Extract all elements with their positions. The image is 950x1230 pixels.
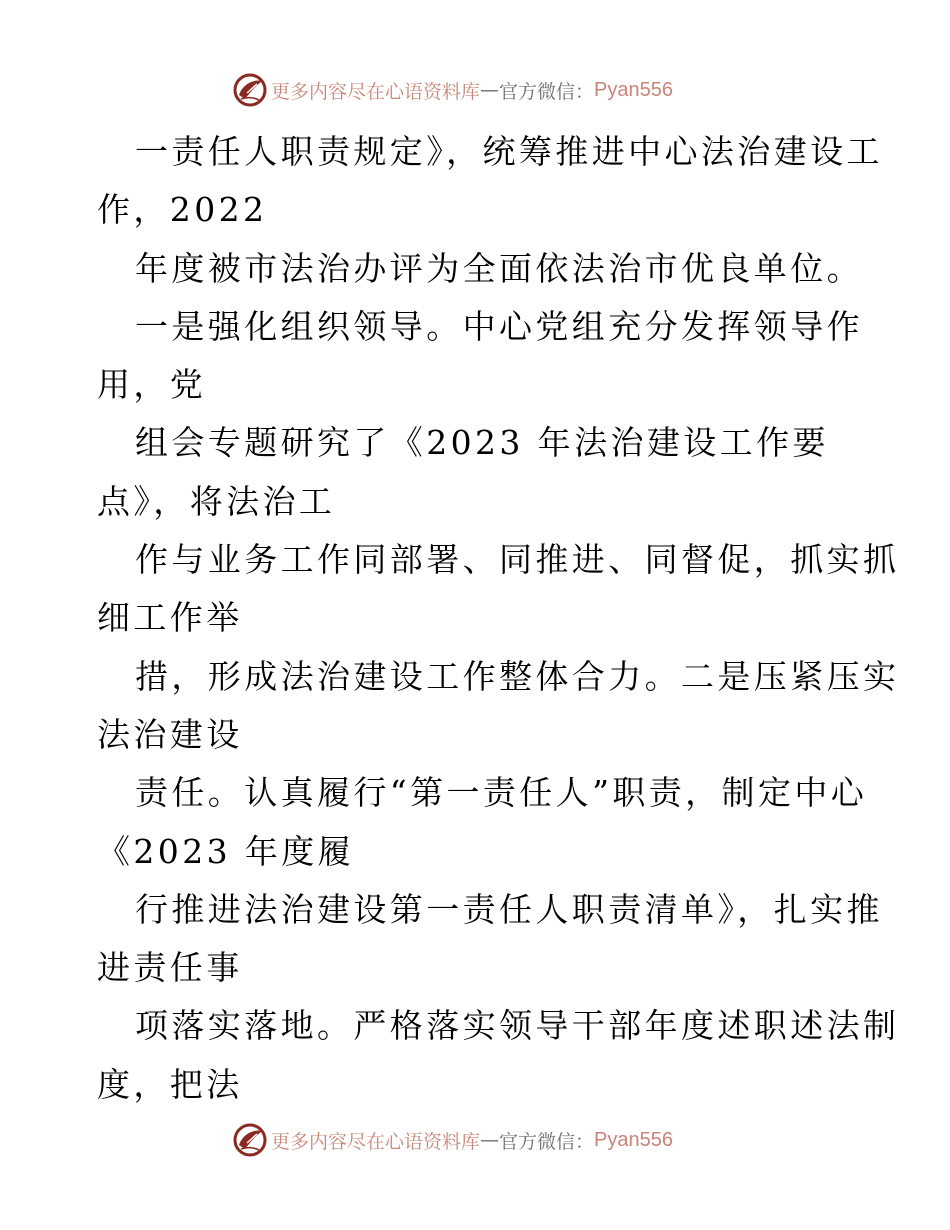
text-line: 作，2022 [97,181,857,239]
footer-watermark: 更多内容尽在心语资料库 — 官方微信： Pyan556 [233,1120,673,1160]
text-line: 作与业务工作同部署、同推进、同督促，抓实抓 [97,531,857,589]
watermark-wechat-label: 官方微信： [499,1127,594,1154]
text-line: 点》，将法治工 [97,473,857,531]
document-body: 一责任人职责规定》，统筹推进中心法治建设工 作，2022 年度被市法治办评为全面… [97,123,857,1114]
watermark-wechat-label: 官方微信： [499,77,594,104]
watermark-wechat-id: Pyan556 [594,1129,673,1152]
text-line: 进责任事 [97,939,857,997]
watermark-site-text: 更多内容尽在心语资料库 [271,77,480,104]
text-line: 细工作举 [97,589,857,647]
watermark-dash: — [480,1129,499,1151]
text-line: 责任。认真履行“第一责任人”职责，制定中心 [97,764,857,822]
watermark-site-text: 更多内容尽在心语资料库 [271,1127,480,1154]
text-line: 年度被市法治办评为全面依法治市优良单位。 [97,240,857,298]
text-line: 措，形成法治建设工作整体合力。二是压紧压实 [97,648,857,706]
text-line: 一是强化组织领导。中心党组充分发挥领导作 [97,298,857,356]
header-watermark: 更多内容尽在心语资料库 — 官方微信： Pyan556 [233,70,673,110]
text-line: 度，把法 [97,1056,857,1114]
quill-pen-logo-icon [233,73,267,107]
text-line: 项落实落地。严格落实领导干部年度述职述法制 [97,997,857,1055]
text-line: 法治建设 [97,706,857,764]
watermark-wechat-id: Pyan556 [594,79,673,102]
watermark-dash: — [480,79,499,101]
text-line: 行推进法治建设第一责任人职责清单》，扎实推 [97,881,857,939]
text-line: 一责任人职责规定》，统筹推进中心法治建设工 [97,123,857,181]
text-line: 用，党 [97,356,857,414]
quill-pen-logo-icon [233,1123,267,1157]
text-line: 《2023 年度履 [97,823,857,881]
text-line: 组会专题研究了《2023 年法治建设工作要 [97,414,857,472]
